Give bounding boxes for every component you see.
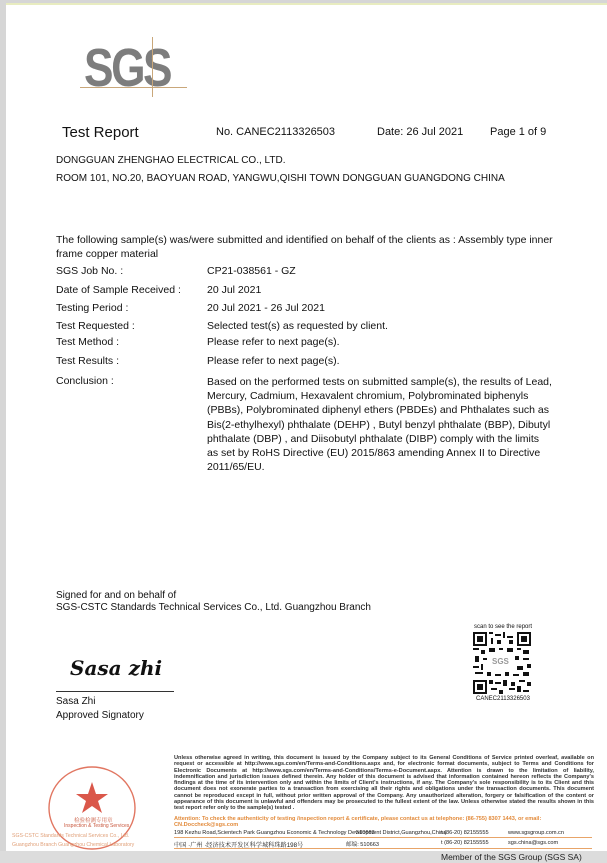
footer-divider-1 (174, 837, 592, 838)
seal-line-1: SGS-CSTC Standards Technical Services Co… (12, 833, 129, 839)
signatory-title: Approved Signatory (56, 710, 144, 721)
qr-center-label: SGS (492, 657, 509, 666)
footer-member: Member of the SGS Group (SGS SA) (441, 852, 582, 862)
report-number: No. CANEC2113326503 (216, 126, 335, 138)
footer-phone-en: t (86-20) 82155555 (441, 830, 489, 836)
report-page: SGS Test Report No. CANEC2113326503 Date… (6, 3, 607, 853)
field-label-test-requested: Test Requested : (56, 320, 135, 332)
qr-number: CANEC2113326503 (476, 696, 530, 702)
qr-caption: scan to see the report (474, 624, 532, 630)
sgs-logo: SGS (80, 37, 160, 97)
page-indicator: Page 1 of 9 (490, 126, 546, 138)
footer-address-en: 198 Kezhu Road,Scientech Park Guangzhou … (174, 830, 446, 836)
field-value-testing-period: 20 Jul 2021 - 26 Jul 2021 (207, 302, 325, 314)
field-label-test-method: Test Method : (56, 336, 119, 348)
logo-rule-vertical (152, 37, 153, 97)
signed-line-1: Signed for and on behalf of (56, 590, 176, 601)
field-label-testing-period: Testing Period : (56, 302, 128, 314)
field-value-conclusion: Based on the performed tests on submitte… (207, 375, 552, 474)
logo-rule-horizontal (80, 87, 187, 88)
footer-divider-2 (174, 848, 592, 849)
signature: Sasa zhi (70, 656, 162, 680)
seal-line-2: Guangzhou Branch Guangzhou Chemical Labo… (12, 842, 134, 848)
field-value-date-received: 20 Jul 2021 (207, 284, 261, 296)
intro-text: The following sample(s) was/were submitt… (56, 233, 556, 261)
field-value-test-method: Please refer to next page(s). (207, 336, 340, 348)
field-label-date-received: Date of Sample Received : (56, 284, 181, 296)
seal-center-en: Inspection & Testing Services (64, 823, 129, 829)
company-seal: 检验检测专用章 Inspection & Testing Services SG… (12, 760, 152, 850)
field-value-job-no: CP21-038561 - GZ (207, 265, 296, 277)
signature-line (56, 691, 174, 692)
field-value-test-results: Please refer to next page(s). (207, 355, 340, 367)
field-label-conclusion: Conclusion : (56, 375, 114, 387)
field-label-job-no: SGS Job No. : (56, 265, 123, 277)
client-name: DONGGUAN ZHENGHAO ELECTRICAL CO., LTD. (56, 155, 285, 166)
footer-postcode-en: 510663 (356, 830, 375, 836)
footer-phone-cn: t (86-20) 82155555 (441, 840, 489, 846)
field-label-test-results: Test Results : (56, 355, 119, 367)
footer-website[interactable]: www.sgsgroup.com.cn (508, 830, 564, 836)
footer-disclaimer: Unless otherwise agreed in writing, this… (174, 755, 594, 812)
report-title: Test Report (62, 124, 139, 141)
signed-line-2: SGS-CSTC Standards Technical Services Co… (56, 602, 371, 613)
client-address: ROOM 101, NO.20, BAOYUAN ROAD, YANGWU,QI… (56, 173, 505, 184)
footer-postcode-cn: 邮编: 510663 (346, 840, 379, 848)
qr-code[interactable]: SGS (473, 632, 531, 694)
signatory-name: Sasa Zhi (56, 696, 95, 707)
field-value-test-requested: Selected test(s) as requested by client. (207, 320, 388, 332)
footer-attention: Attention: To check the authenticity of … (174, 816, 594, 829)
report-date: Date: 26 Jul 2021 (377, 126, 463, 138)
footer-email[interactable]: sgs.china@sgs.com (508, 840, 558, 846)
